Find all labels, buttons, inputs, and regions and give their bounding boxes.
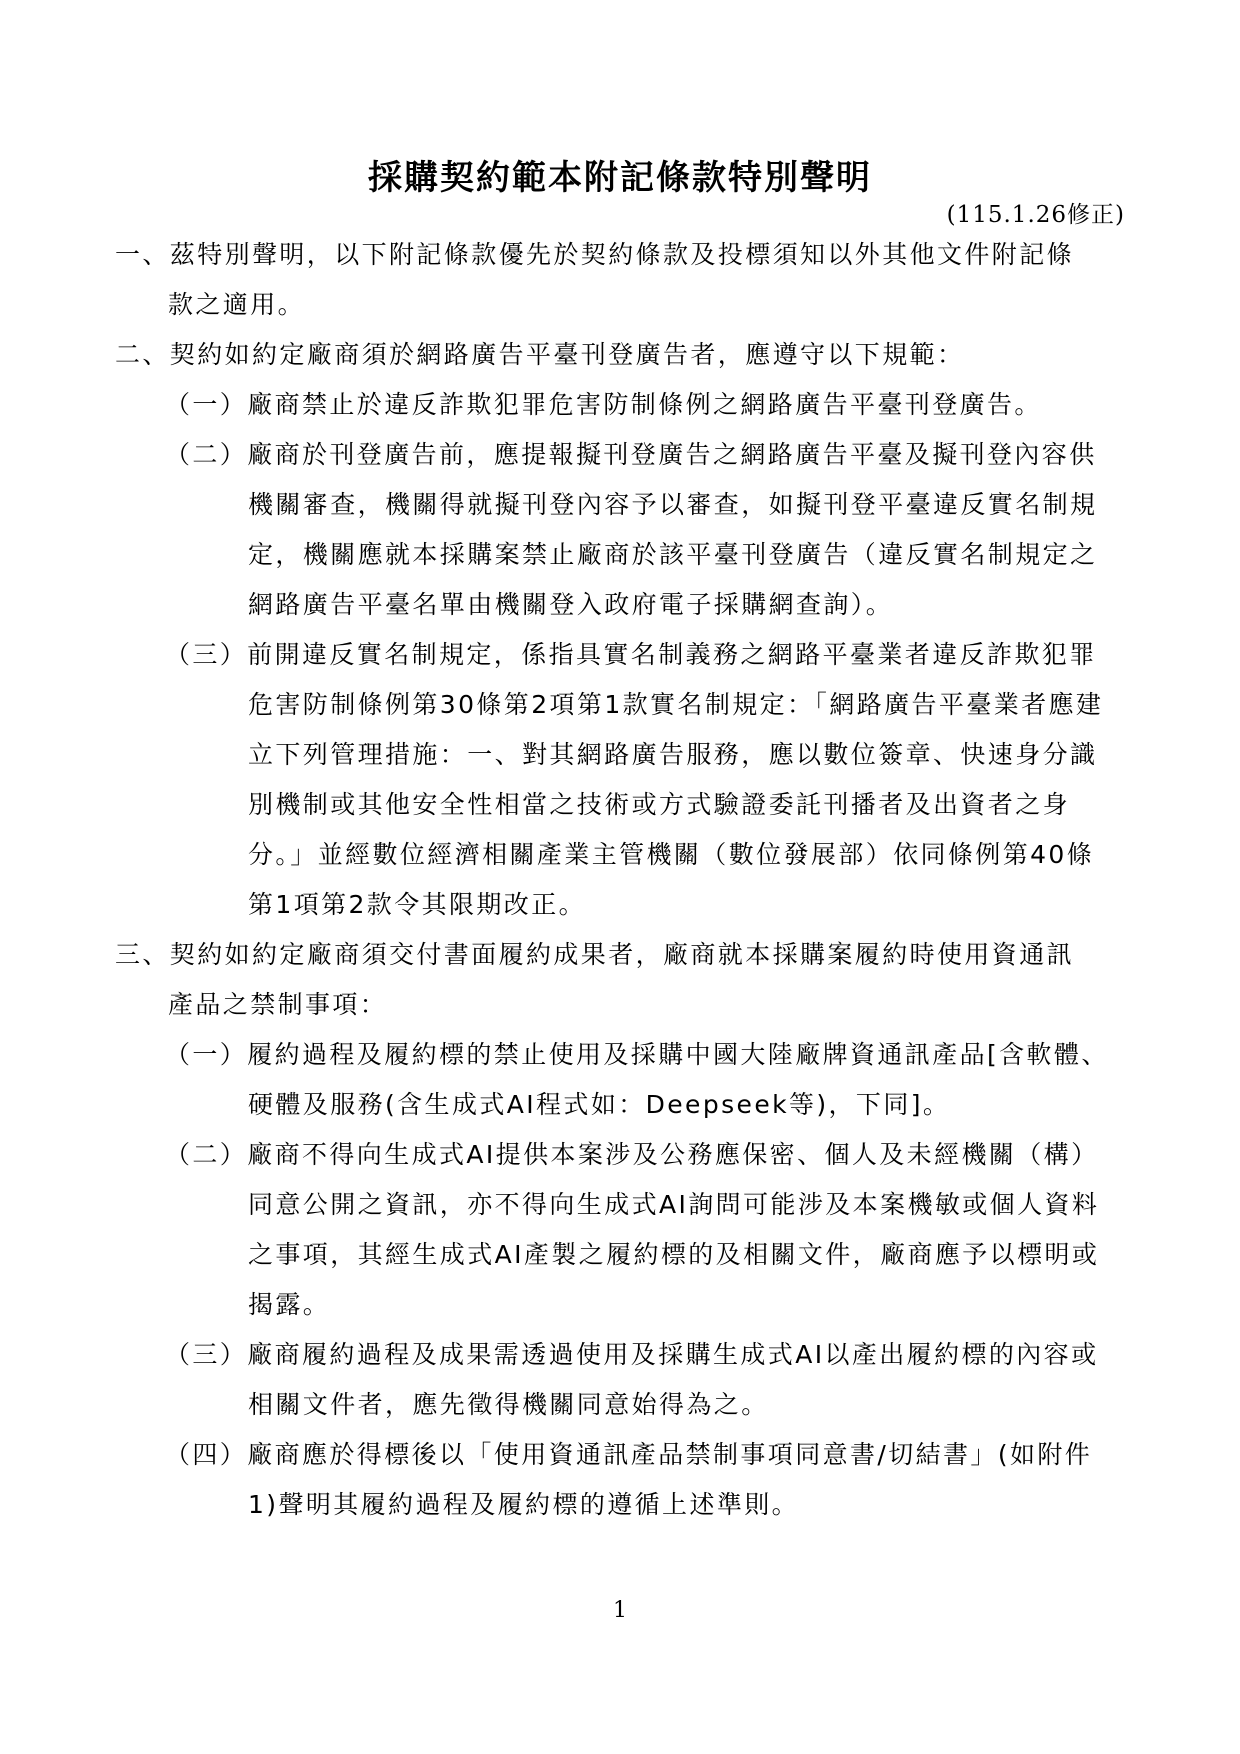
text-line: 分。」並經數位經濟相關產業主管機關（數位發展部）依同條例第40條 bbox=[248, 840, 1094, 870]
text-line: 網路廣告平臺名單由機關登入政府電子採購網查詢）。 bbox=[248, 590, 893, 620]
document-title: 採購契約範本附記條款特別聲明 bbox=[0, 150, 1240, 199]
text-line: 機關審查，機關得就擬刊登內容予以審查，如擬刊登平臺違反實名制規 bbox=[248, 490, 1097, 520]
text-line: 立下列管理措施：一、對其網路廣告服務，應以數位簽章、快速身分識 bbox=[248, 740, 1097, 770]
text-line: 揭露。 bbox=[248, 1290, 330, 1320]
text-line: （三）前開違反實名制規定，係指具實名制義務之網路平臺業者違反詐欺犯罪 bbox=[165, 640, 1097, 670]
text-line: （三）廠商履約過程及成果需透過使用及採購生成式AI以產出履約標的內容或 bbox=[165, 1340, 1098, 1370]
text-line: 危害防制條例第30條第2項第1款實名制規定：「網路廣告平臺業者應建 bbox=[248, 690, 1103, 720]
text-line: 三、契約如約定廠商須交付書面履約成果者，廠商就本採購案履約時使用資通訊 bbox=[115, 940, 1074, 970]
text-line: 之事項，其經生成式AI產製之履約標的及相關文件，廠商應予以標明或 bbox=[248, 1240, 1099, 1270]
text-line: （二）廠商於刊登廣告前，應提報擬刊登廣告之網路廣告平臺及擬刊登內容供 bbox=[165, 440, 1097, 470]
text-line: 1)聲明其履約過程及履約標的遵循上述準則。 bbox=[248, 1490, 799, 1520]
document-page: 採購契約範本附記條款特別聲明 (115.1.26修正) 一、茲特別聲明，以下附記… bbox=[0, 0, 1240, 1754]
text-line: 款之適用。 bbox=[168, 290, 305, 320]
text-line: 別機制或其他安全性相當之技術或方式驗證委託刊播者及出資者之身 bbox=[248, 790, 1070, 820]
text-line: 第1項第2款令其限期改正。 bbox=[248, 890, 586, 920]
text-line: （一）履約過程及履約標的禁止使用及採購中國大陸廠牌資通訊產品[含軟體、 bbox=[165, 1040, 1109, 1070]
text-line: 定，機關應就本採購案禁止廠商於該平臺刊登廣告（違反實名制規定之 bbox=[248, 540, 1097, 570]
text-line: 同意公開之資訊，亦不得向生成式AI詢問可能涉及本案機敏或個人資料 bbox=[248, 1190, 1099, 1220]
text-line: （四）廠商應於得標後以「使用資通訊產品禁制事項同意書/切結書」(如附件 bbox=[165, 1440, 1092, 1470]
text-line: 一、茲特別聲明，以下附記條款優先於契約條款及投標須知以外其他文件附記條 bbox=[115, 240, 1074, 270]
text-line: （一）廠商禁止於違反詐欺犯罪危害防制條例之網路廣告平臺刊登廣告。 bbox=[165, 390, 1042, 420]
page-number: 1 bbox=[0, 1598, 1240, 1623]
text-line: 相關文件者，應先徵得機關同意始得為之。 bbox=[248, 1390, 769, 1420]
text-line: （二）廠商不得向生成式AI提供本案涉及公務應保密、個人及未經機關（構） bbox=[165, 1140, 1098, 1170]
text-line: 二、契約如約定廠商須於網路廣告平臺刊登廣告者，應遵守以下規範： bbox=[115, 340, 964, 370]
text-line: 產品之禁制事項： bbox=[168, 990, 387, 1020]
revision-date: (115.1.26修正) bbox=[947, 196, 1125, 229]
text-line: 硬體及服務(含生成式AI程式如：Deepseek等)，下同]。 bbox=[248, 1090, 950, 1120]
